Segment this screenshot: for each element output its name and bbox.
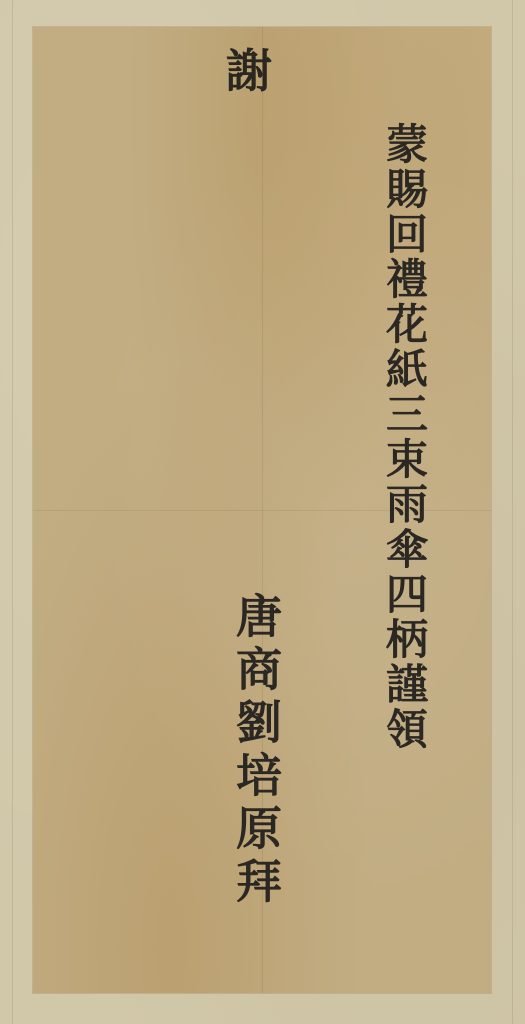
main-text-column: 蒙賜回禮花紙三束雨傘四柄謹領 — [383, 122, 425, 752]
mount-fold-left — [12, 0, 13, 1024]
document-title: 謝 — [226, 48, 272, 94]
signature-column: 唐商劉培原拜 — [233, 592, 279, 910]
mount-fold-right — [512, 0, 513, 1024]
